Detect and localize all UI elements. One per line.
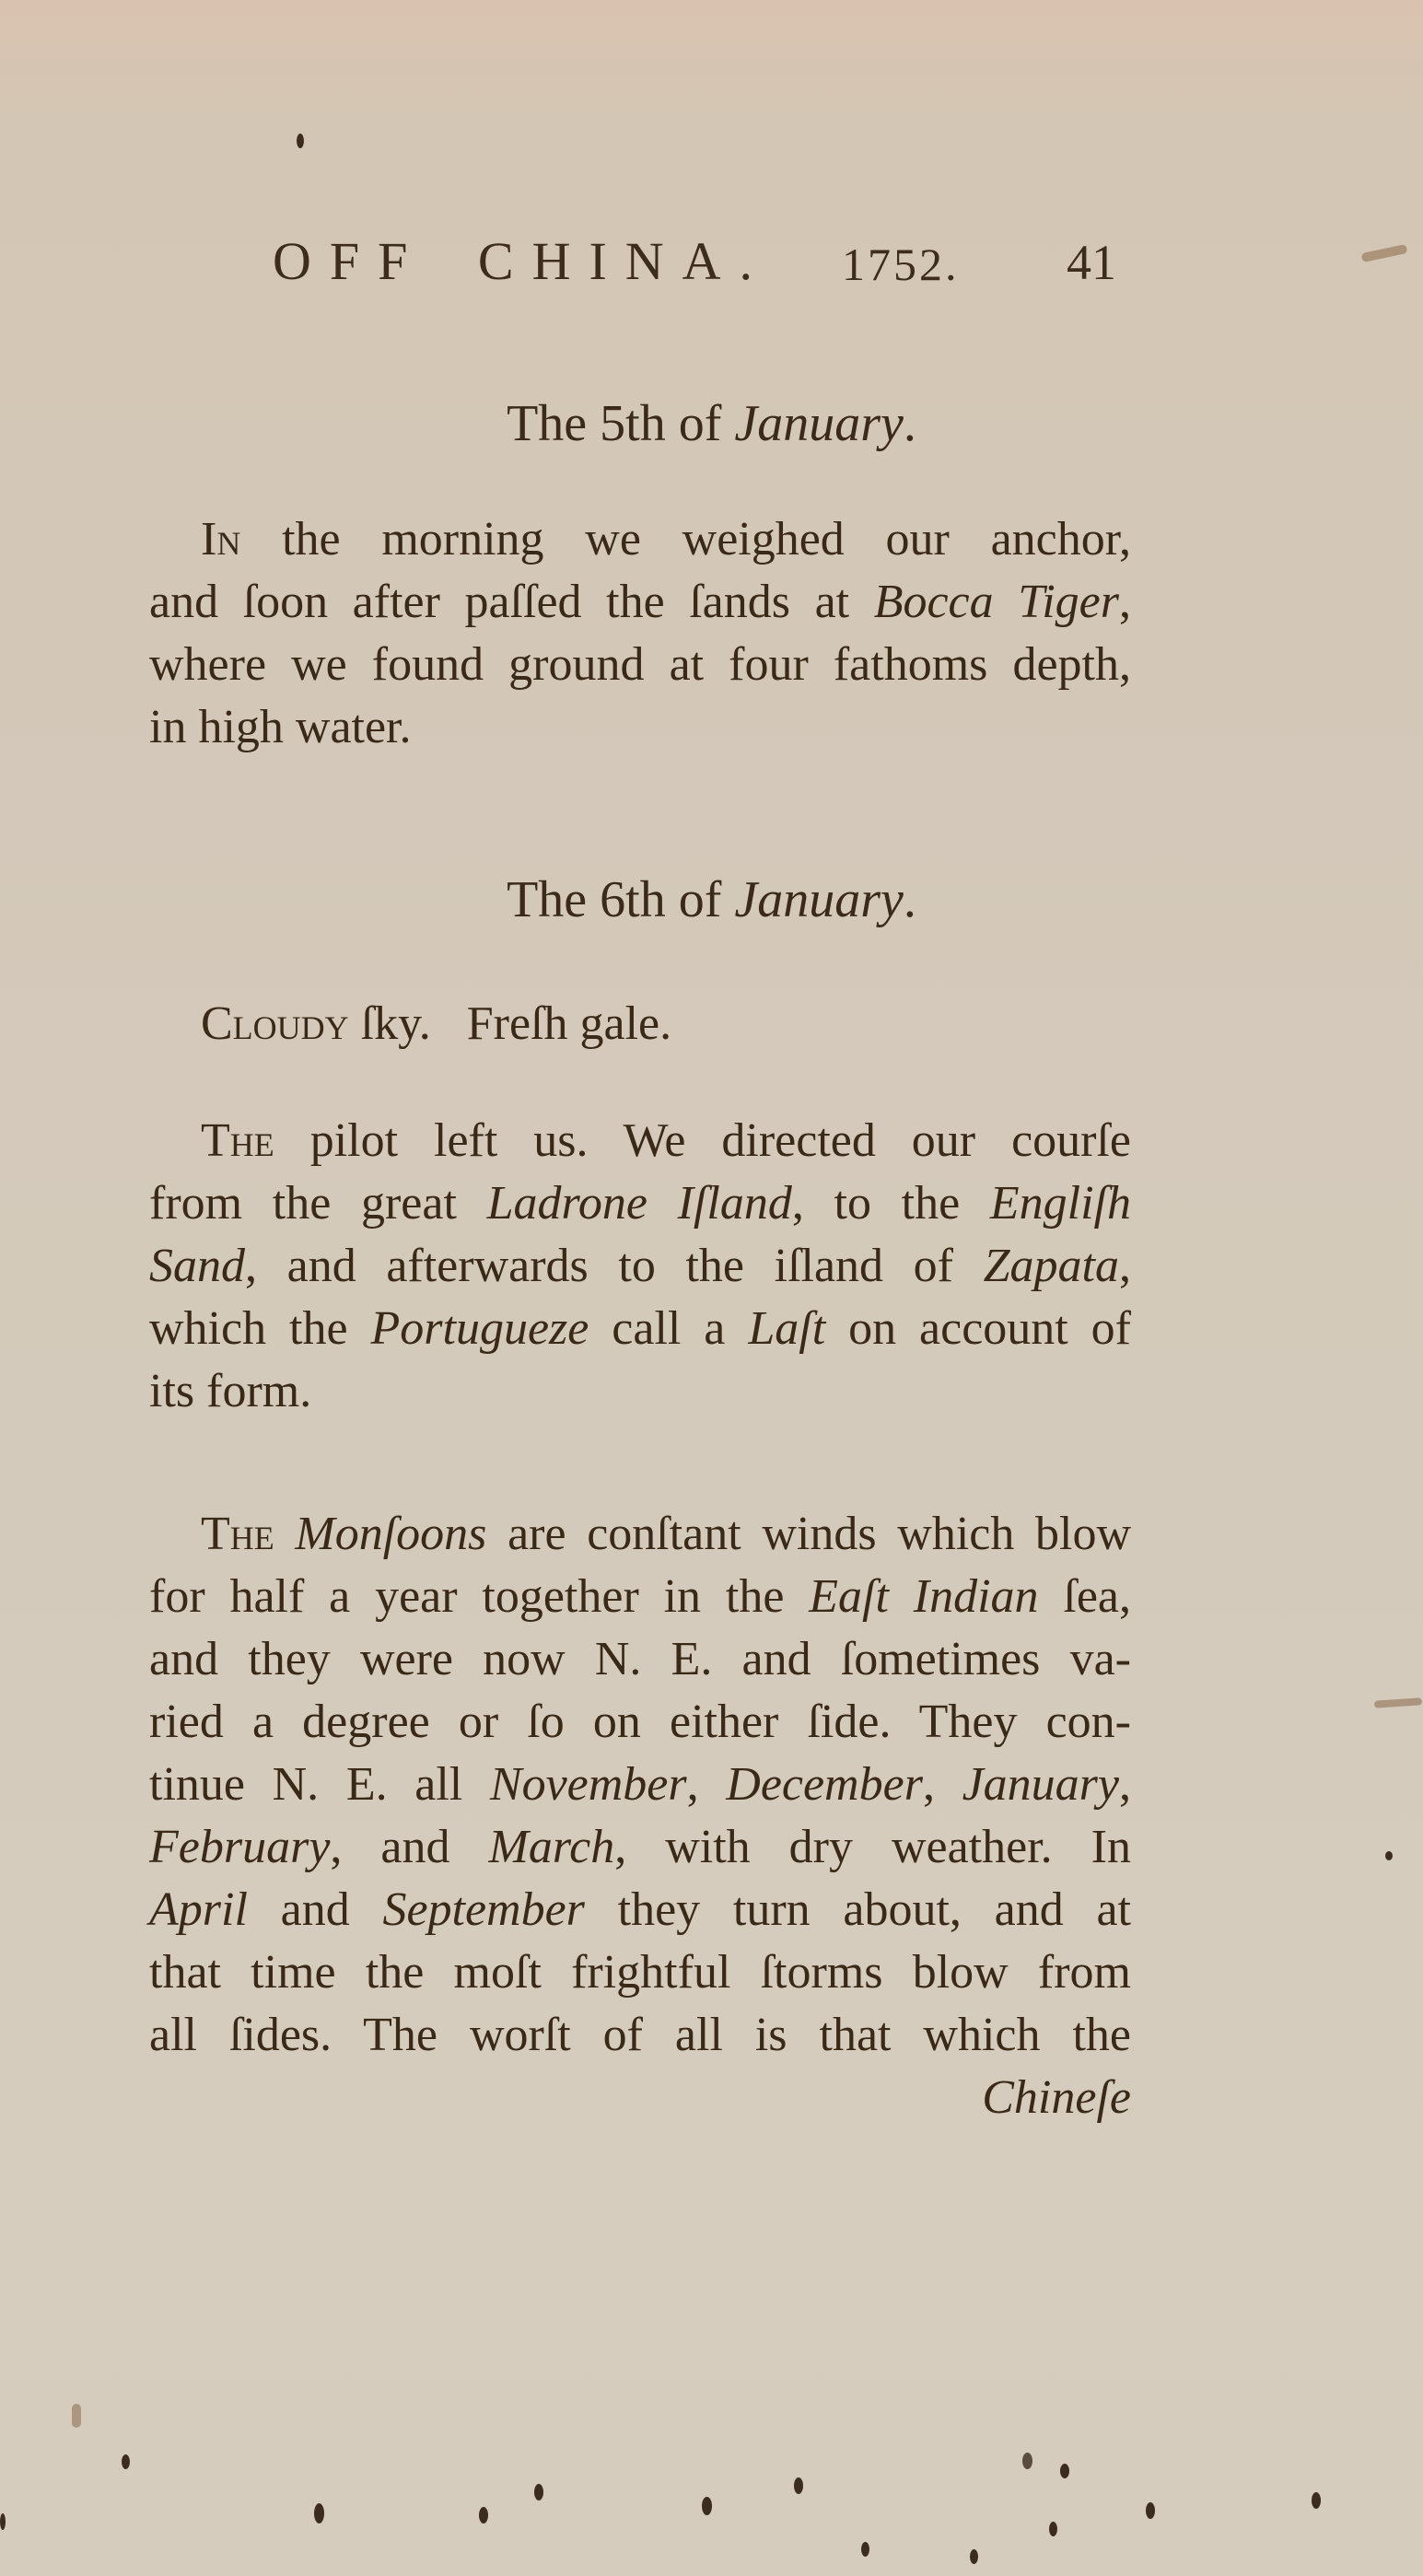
heading-text: The 6th of	[507, 871, 734, 928]
place-name: Eaſt Indian	[809, 1570, 1038, 1623]
text-span: are conſtant winds which blow	[486, 1508, 1131, 1560]
paper-fiber	[1361, 244, 1408, 262]
text-span: ſea,	[1039, 1570, 1131, 1623]
book-page: OFF CHINA. 1752. 41 The 5th of January. …	[0, 0, 1423, 2576]
paper-wormhole	[0, 2513, 6, 2530]
text-line: Sand, and afterwards to the iſland of Za…	[149, 1235, 1131, 1298]
paper-speck	[1385, 1851, 1393, 1860]
page-number: 41	[1067, 234, 1116, 291]
text-span: , with dry weather. In	[614, 1821, 1131, 1873]
text-line: that time the moſt frightful ſtorms blow…	[149, 1941, 1131, 2004]
text-line: tinue N. E. all November, December, Janu…	[149, 1754, 1131, 1816]
text-span: the morning we weighed our anchor,	[240, 513, 1131, 565]
month-name: February	[149, 1821, 330, 1873]
heading-month: January	[734, 395, 904, 452]
paper-wormhole	[1049, 2522, 1057, 2536]
heading-period: .	[904, 871, 916, 928]
paper-wormhole	[1146, 2502, 1155, 2519]
small-caps-lead: The	[201, 1508, 274, 1560]
paper-fiber	[1374, 1697, 1422, 1708]
place-name: Engliſh	[990, 1177, 1131, 1230]
month-name: April	[149, 1883, 248, 1936]
paragraph-weather: Cloudy ſky. Freſh gale.	[149, 993, 1131, 1055]
place-name: Sand	[149, 1240, 245, 1292]
heading-period: .	[904, 395, 916, 452]
text-span: call a	[589, 1302, 748, 1355]
text-line: Cloudy ſky. Freſh gale.	[149, 993, 1131, 1055]
entry-heading-jan-6: The 6th of January.	[0, 870, 1423, 929]
text-line: from the great Ladrone Iſland, to the En…	[149, 1172, 1131, 1235]
entry-heading-jan-5: The 5th of January.	[0, 394, 1423, 453]
text-line: and ſoon after paſſed the ſands at Bocca…	[149, 571, 1131, 634]
text-line: for half a year together in the Eaſt Ind…	[149, 1566, 1131, 1628]
text-span: which the	[149, 1302, 371, 1355]
text-span: , and	[330, 1821, 488, 1873]
small-caps-lead: The	[201, 1114, 274, 1167]
text-span: pilot left us. We directed our courſe	[274, 1114, 1131, 1167]
paper-wormhole	[861, 2542, 869, 2557]
month-name: December	[726, 1758, 923, 1811]
text-span: ,	[687, 1758, 727, 1811]
text-line: April and September they turn about, and…	[149, 1879, 1131, 1941]
foreign-word: Laſt	[748, 1302, 825, 1355]
paper-wormhole	[794, 2477, 803, 2494]
text-span: , and afterwards to the iſland of	[245, 1240, 984, 1292]
text-line: and they were now N. E. and ſometimes va…	[149, 1628, 1131, 1691]
text-line: The pilot left us. We directed our courſ…	[149, 1110, 1131, 1172]
text-span: and	[248, 1883, 383, 1936]
paper-wormhole	[1312, 2492, 1321, 2509]
text-span: ,	[1119, 1240, 1131, 1292]
text-span: ,	[1119, 576, 1131, 628]
place-name: Bocca Tiger	[874, 576, 1119, 628]
paper-wormhole	[1060, 2464, 1069, 2478]
catchword: Chineſe	[149, 2067, 1131, 2129]
paper-wormhole	[702, 2497, 712, 2515]
text-line: all ſides. The worſt of all is that whic…	[149, 2004, 1131, 2067]
paper-wormhole	[534, 2484, 543, 2500]
paragraph-anchor-weighed: In the morning we weighed our anchor, an…	[149, 508, 1131, 759]
paper-wormhole	[314, 2503, 324, 2524]
month-name: September	[382, 1883, 584, 1936]
text-span: , to the	[792, 1177, 990, 1230]
paragraph-monsoons: The Monſoons are conſtant winds which bl…	[149, 1503, 1131, 2129]
text-line: ried a degree or ſo on either ſide. They…	[149, 1691, 1131, 1754]
text-line: The Monſoons are conſtant winds which bl…	[149, 1503, 1131, 1566]
running-head-title: OFF CHINA.	[273, 230, 771, 292]
paper-wormhole	[1022, 2453, 1032, 2469]
text-line: which the Portugueze call a Laſt on acco…	[149, 1298, 1131, 1360]
text-line: where we found ground at four fathoms de…	[149, 634, 1131, 696]
text-line: February, and March, with dry weather. I…	[149, 1816, 1131, 1879]
paper-wormhole	[970, 2549, 978, 2564]
text-line: its form.	[149, 1360, 1131, 1423]
small-caps-lead: Cloudy	[201, 997, 349, 1050]
paper-fiber	[72, 2404, 81, 2428]
text-span: for half a year together in the	[149, 1570, 809, 1623]
text-span: ,	[923, 1758, 962, 1811]
heading-text: The 5th of	[507, 395, 734, 452]
text-span: from the great	[149, 1177, 487, 1230]
nationality-word: Portugueze	[371, 1302, 589, 1355]
small-caps-lead: In	[201, 513, 240, 565]
month-name: January	[962, 1758, 1119, 1811]
place-name: Zapata	[984, 1240, 1119, 1292]
paper-wormhole	[122, 2454, 130, 2469]
paragraph-pilot-left: The pilot left us. We directed our courſ…	[149, 1110, 1131, 1423]
term: Monſoons	[295, 1508, 486, 1560]
running-head-year: 1752.	[842, 238, 960, 291]
place-name: Ladrone Iſland	[487, 1177, 792, 1230]
text-span: they turn about, and at	[585, 1883, 1131, 1936]
month-name: November	[490, 1758, 687, 1811]
running-head: OFF CHINA. 1752. 41	[273, 230, 1138, 304]
text-line: in high water.	[149, 696, 1131, 759]
heading-month: January	[734, 871, 904, 928]
text-span: on account of	[825, 1302, 1131, 1355]
text-span: and ſoon after paſſed the ſands at	[149, 576, 874, 628]
text-span: tinue N. E. all	[149, 1758, 490, 1811]
text-span: ,	[1119, 1758, 1131, 1811]
paper-speck	[297, 134, 304, 148]
paper-wormhole	[479, 2507, 488, 2524]
text-line: In the morning we weighed our anchor,	[149, 508, 1131, 571]
month-name: March	[489, 1821, 615, 1873]
text-span: ſky. Freſh gale.	[349, 997, 671, 1050]
